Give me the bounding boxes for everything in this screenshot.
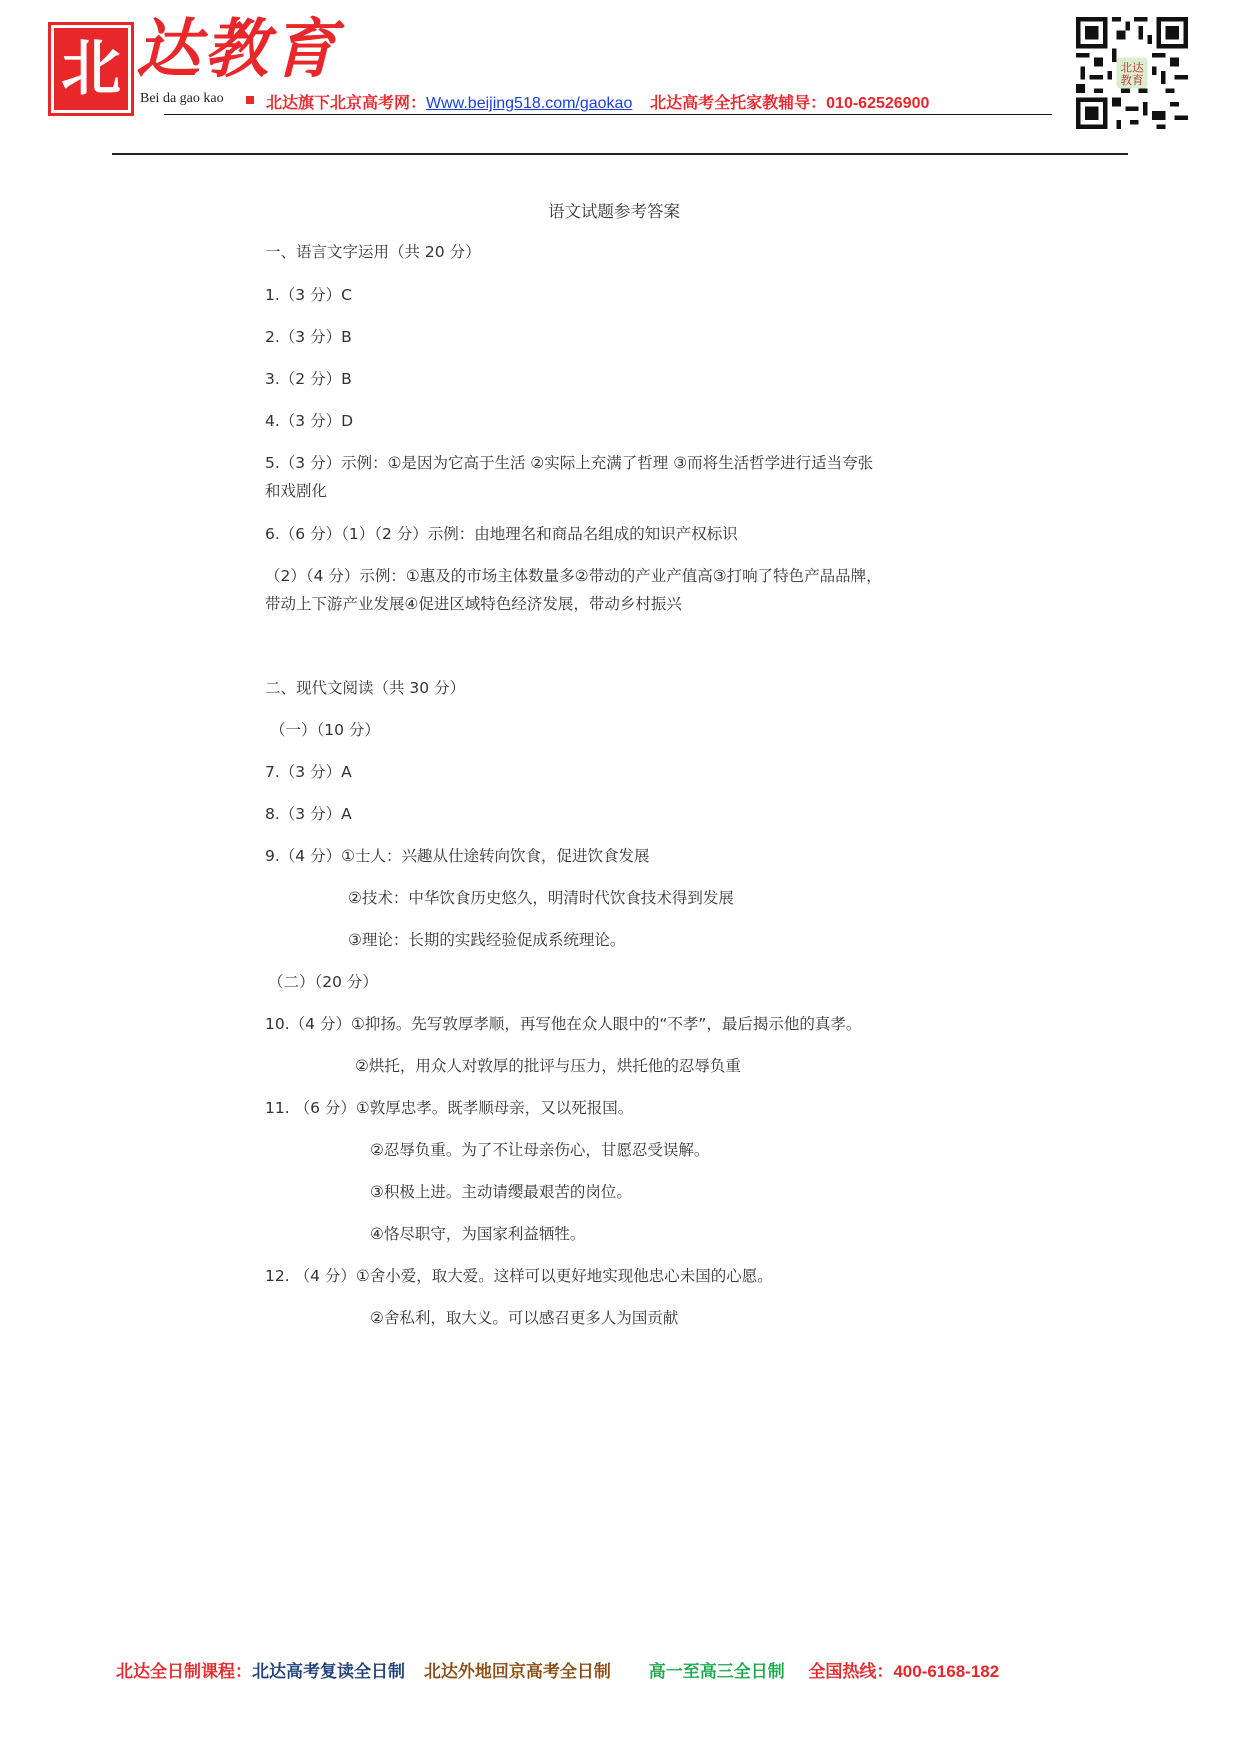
- answer-subpoint: ②技术：中华饮食历史悠久，明清时代饮食技术得到发展: [348, 886, 734, 908]
- answer-subpoint: ②烘托，用众人对敦厚的批评与压力，烘托他的忍辱负重: [355, 1054, 741, 1076]
- page-divider: [112, 153, 1128, 155]
- bullet-square-icon: [246, 96, 254, 104]
- site-link[interactable]: Www.beijing518.com/gaokao: [426, 95, 632, 112]
- answer-line: （2）（4 分）示例：①惠及的市场主体数量多②带动的产业产值高③打响了特色产品品…: [265, 564, 882, 586]
- logo-subtitle: Bei da gao kao: [140, 91, 224, 107]
- answer-line: 9.（4 分）①士人：兴趣从仕途转向饮食，促进饮食发展: [265, 844, 649, 866]
- answer-line: 3.（2 分）B: [265, 367, 352, 389]
- answer-line: 7.（3 分）A: [265, 760, 352, 782]
- answer-line: 5.（3 分）示例：①是因为它高于生活 ②实际上充满了哲理 ③而将生活哲学进行适…: [265, 451, 873, 473]
- answer-line-continued: 和戏剧化: [265, 479, 327, 501]
- answer-line: 8.（3 分）A: [265, 802, 352, 824]
- section-heading-1: 一、语言文字运用（共 20 分）: [265, 240, 481, 262]
- logo-seal: 北: [48, 22, 134, 116]
- answer-line: 12. （4 分）①舍小爱，取大爱。这样可以更好地实现他忠心未国的心愿。: [265, 1264, 773, 1286]
- footer-hotline-number: 400-6168-182: [893, 1662, 999, 1681]
- qr-code-icon: 北达 教育: [1076, 17, 1188, 129]
- footer-label: 北达全日制课程：: [116, 1662, 252, 1681]
- answer-line: 4.（3 分）D: [265, 409, 353, 431]
- subsection-heading: （二）（20 分）: [268, 970, 378, 992]
- answer-line: 10.（4 分）①抑扬。先写敦厚孝顺，再写他在众人眼中的“不孝”，最后揭示他的真…: [265, 1012, 861, 1034]
- header-divider: [164, 114, 1052, 115]
- answer-line: 1.（3 分）C: [265, 283, 352, 305]
- document-title: 语文试题参考答案: [548, 198, 680, 222]
- answer-line-continued: 带动上下游产业发展④促进区域特色经济发展，带动乡村振兴: [265, 592, 682, 614]
- answer-subpoint: ②忍辱负重。为了不让母亲伤心，甘愿忍受误解。: [370, 1138, 709, 1160]
- site-label: 北达旗下北京高考网：: [266, 95, 426, 112]
- footer-course-grades: 高一至高三全日制: [649, 1662, 785, 1681]
- section-heading-2: 二、现代文阅读（共 30 分）: [265, 676, 465, 698]
- logo-text: 达教育: [136, 18, 340, 82]
- footer-course-return: 北达外地回京高考全日制: [424, 1662, 611, 1681]
- footer-hotline-label: 全国热线：: [808, 1662, 893, 1681]
- svg-text:教育: 教育: [1120, 73, 1143, 87]
- answer-line: 2.（3 分）B: [265, 325, 352, 347]
- answer-subpoint: ④恪尽职守，为国家利益牺牲。: [370, 1222, 585, 1244]
- answer-subpoint: ②舍私利，取大义。可以感召更多人为国贡献: [370, 1306, 678, 1328]
- answer-subpoint: ③积极上进。主动请缨最艰苦的岗位。: [370, 1180, 632, 1202]
- subsection-heading: （一）（10 分）: [270, 718, 380, 740]
- answer-subpoint: ③理论：长期的实践经验促成系统理论。: [348, 928, 625, 950]
- answer-line: 11. （6 分）①敦厚忠孝。既孝顺母亲，又以死报国。: [265, 1096, 633, 1118]
- tutoring-phone: 010-62526900: [826, 95, 929, 112]
- tutoring-label: 北达高考全托家教辅导：: [650, 95, 826, 112]
- header-info-line: 北达旗下北京高考网：Www.beijing518.com/gaokao 北达高考…: [266, 90, 929, 113]
- answer-line: 6.（6 分）（1）（2 分）示例：由地理名和商品名组成的知识产权标识: [265, 522, 738, 544]
- logo-seal-char: 北: [61, 39, 121, 99]
- footer-courses: 北达全日制课程：北达高考复读全日制 北达外地回京高考全日制 高一至高三全日制 全…: [116, 1657, 999, 1682]
- footer-course-repeat: 北达高考复读全日制: [252, 1662, 405, 1681]
